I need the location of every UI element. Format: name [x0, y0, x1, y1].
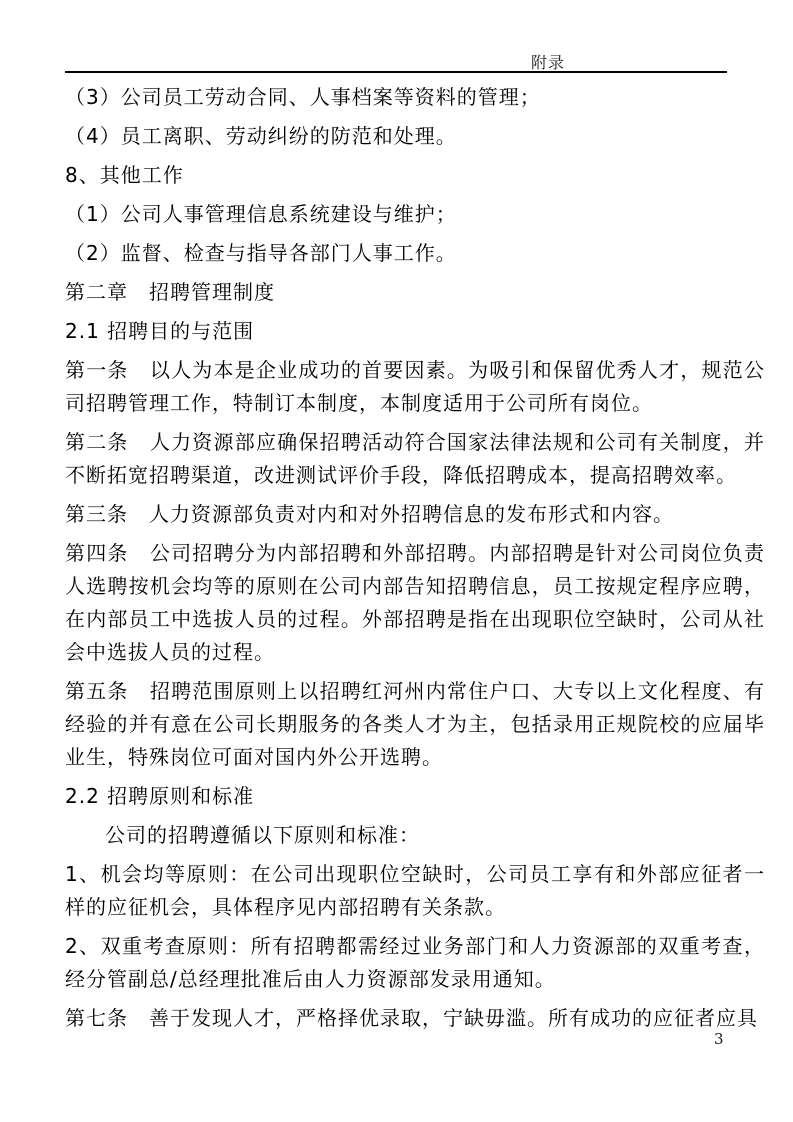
paragraph-item-1: （1）公司人事管理信息系统建设与维护；	[65, 198, 765, 231]
paragraph-article-3: 第三条 人力资源部负责对内和对外招聘信息的发布形式和内容。	[65, 498, 765, 531]
paragraph-article-2: 第二条 人力资源部应确保招聘活动符合国家法律法规和公司有关制度，并不断拓宽招聘渠…	[65, 426, 765, 492]
paragraph-article-5: 第五条 招聘范围原则上以招聘红河州内常住户口、大专以上文化程度、有经验的并有意在…	[65, 675, 765, 774]
paragraph-principles-intro: 公司的招聘遵循以下原则和标准：	[65, 819, 765, 852]
paragraph-article-4: 第四条 公司招聘分为内部招聘和外部招聘。内部招聘是针对公司岗位负责人选聘按机会均…	[65, 537, 765, 669]
heading-section-2-1: 2.1 招聘目的与范围	[65, 315, 765, 348]
heading-section-2-2: 2.2 招聘原则和标准	[65, 780, 765, 813]
paragraph-item-4: （4）员工离职、劳动纠纷的防范和处理。	[65, 120, 765, 153]
paragraph-principle-1: 1、机会均等原则：在公司出现职位空缺时，公司员工享有和外部应征者一样的应征机会，…	[65, 858, 765, 924]
document-body: （3）公司员工劳动合同、人事档案等资料的管理； （4）员工离职、劳动纠纷的防范和…	[65, 81, 765, 1041]
paragraph-article-1: 第一条 以人为本是企业成功的首要因素。为吸引和保留优秀人才，规范公司招聘管理工作…	[65, 354, 765, 420]
paragraph-article-7: 第七条 善于发现人才，严格择优录取，宁缺毋滥。所有成功的应征者应具	[65, 1002, 765, 1035]
document-page: 附录 （3）公司员工劳动合同、人事档案等资料的管理； （4）员工离职、劳动纠纷的…	[0, 0, 793, 1122]
paragraph-principle-2: 2、双重考查原则：所有招聘都需经过业务部门和人力资源部的双重考查，经分管副总/总…	[65, 930, 765, 996]
header-rule	[65, 71, 727, 73]
page-header-title: 附录	[531, 50, 565, 73]
heading-chapter-2: 第二章 招聘管理制度	[65, 276, 765, 309]
page-number: 3	[714, 1030, 724, 1048]
paragraph-section-8: 8、其他工作	[65, 159, 765, 192]
paragraph-item-2: （2）监督、检查与指导各部门人事工作。	[65, 237, 765, 270]
paragraph-item-3: （3）公司员工劳动合同、人事档案等资料的管理；	[65, 81, 765, 114]
